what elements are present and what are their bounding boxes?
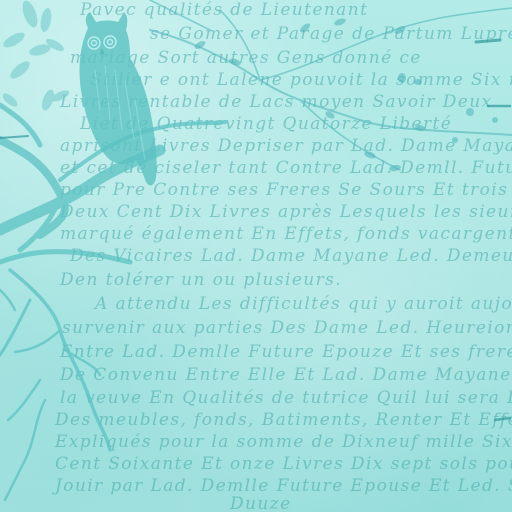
vine-leaves-icon: [193, 17, 498, 172]
leafy-vine: [150, 0, 512, 170]
ink-streaks: [0, 40, 510, 420]
leaf-cluster-icon: [1, 0, 71, 112]
turquoise-paper-background: Pavec qualités de Lieutenant se Gomer et…: [0, 0, 512, 512]
tree-branches: [0, 105, 225, 500]
illustration-layer: [0, 0, 512, 512]
